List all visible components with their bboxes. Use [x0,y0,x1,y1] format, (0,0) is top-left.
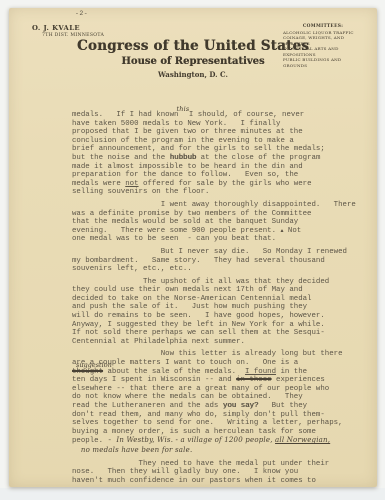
body-line: buying a money order, is such a herculea… [72,428,362,437]
handwritten-text: In Westby, Wis. - a village of 1200 peop… [116,436,275,444]
body-line: selling souvenirs on the floor. [72,188,362,197]
typed-emphasis: not [125,180,138,188]
body-line: was a definite promise by two members of… [72,210,362,219]
body-line: medals were not offered for sale by the … [72,180,362,189]
committees-title: COMMITTEES: [283,24,363,29]
body-line: will do remains to be seen. I have good … [72,312,362,321]
member-name: O. J. KVALE [32,24,104,32]
committee-item: INDUSTRIAL ARTS AND EXPOSITIONS [283,46,363,57]
paragraph: I went away thoroughly disappointed. The… [72,201,362,244]
typed-emphasis: you say? [223,402,258,410]
handwritten-correction: suggestion [76,361,112,370]
body-line: selves together to send for one. Writing… [72,419,362,428]
body-line: But I never say die. So Monday I renewed [72,248,362,257]
body-line: read the Lutheraneren and the ads you sa… [72,402,362,411]
typed-emphasis: I found [245,368,276,376]
letter-page: -2- O. J. KVALE 7TH DIST. MINNESOTA Cong… [9,8,377,487]
body-line: one medal was to be seen - can you beat … [72,235,362,244]
handwritten-text: no medals have been for sale. [81,446,193,454]
body-line: I went away thoroughly disappointed. The… [72,201,362,210]
body-line: no medals have been for sale. [72,446,362,456]
body-line: ten days I spent in Wisconsin -- and in … [72,376,362,385]
body-line: and push the sale of it. Just how much p… [72,303,362,312]
paragraph: They need to have the medal put under th… [72,460,362,486]
paragraph: The upshot of it all was that they decid… [72,278,362,347]
body-line: conclusion of the program in the evening… [72,137,362,146]
body-line: Now this letter is already long but ther… [72,350,362,359]
body-line: medals. If I had knownthis I should, of … [72,110,362,120]
body-line: The upshot of it all was that they decid… [72,278,362,287]
letterhead-member-block: O. J. KVALE 7TH DIST. MINNESOTA [32,24,104,38]
body-line: souvenirs left, etc., etc.. [72,265,362,274]
body-line: They need to have the medal put under th… [72,460,362,469]
body-line: made it almost impossible to be heard in… [72,163,362,172]
letterhead-city-line: Washington, D. C. [9,70,377,79]
typed-emphasis: ▲ [280,228,283,234]
committee-item: PUBLIC BUILDINGS AND GROUNDS [283,57,363,68]
paragraph: medals. If I had knownthis I should, of … [72,110,362,197]
page-number: -2- [75,10,88,17]
committee-item: COINAGE, WEIGHTS, AND MEASURES [283,35,363,46]
document-root: -2- O. J. KVALE 7TH DIST. MINNESOTA Cong… [0,0,385,500]
body-line: have taken 5000 medals to New York. I fi… [72,120,362,129]
committee-item: ALCOHOLIC LIQUOR TRAFFIC [283,30,363,35]
body-line: decided to take on the Norse-American Ce… [72,295,362,304]
letterhead-committees-block: COMMITTEES: ALCOHOLIC LIQUOR TRAFFIC COI… [283,24,363,68]
body-line: thoughtsuggestion about the sale of the … [72,368,362,377]
body-line: nose. Then they will gladly buy one. I k… [72,468,362,477]
body-line: my bombardment. Same story. They had sev… [72,257,362,266]
body-line: that the medals would be sold at the ban… [72,218,362,227]
body-line: brief announcement, and for the girls to… [72,145,362,154]
typed-emphasis: in these [236,376,271,384]
body-line: haven't much confidence in our pastors w… [72,477,362,486]
paragraph: Now this letter is already long but ther… [72,350,362,455]
body-line: but the noise and the hubbub at the clos… [72,154,362,163]
body-line: people. - In Westby, Wis. - a village of… [72,436,362,446]
letter-body: medals. If I had knownthis I should, of … [72,110,362,489]
body-line: Anyway, I suggested they be left in New … [72,321,362,330]
body-line: If not sold there perhaps we can sell th… [72,329,362,338]
body-line: don't read them, and many who do, simply… [72,411,362,420]
body-line: Centennial at Philadelphia next summer. [72,338,362,347]
body-line: proposed that I be given two or three mi… [72,128,362,137]
body-line: elsewhere -- that there are a great many… [72,385,362,394]
paragraph: But I never say die. So Monday I renewed… [72,248,362,274]
handwritten-text: this [176,105,184,114]
body-line: do not know where the medals can be obta… [72,393,362,402]
handwritten-text: all Norwegian, [275,436,330,444]
body-line: they could use their own medals next 17t… [72,286,362,295]
typed-emphasis: hubbub [170,154,197,162]
corrected-word: thoughtsuggestion [72,368,103,376]
body-line: evening. There were some 900 people pres… [72,227,362,236]
body-line: are a couple matters I want to touch on.… [72,359,362,368]
body-line: preparation for the dance to follow. Eve… [72,171,362,180]
